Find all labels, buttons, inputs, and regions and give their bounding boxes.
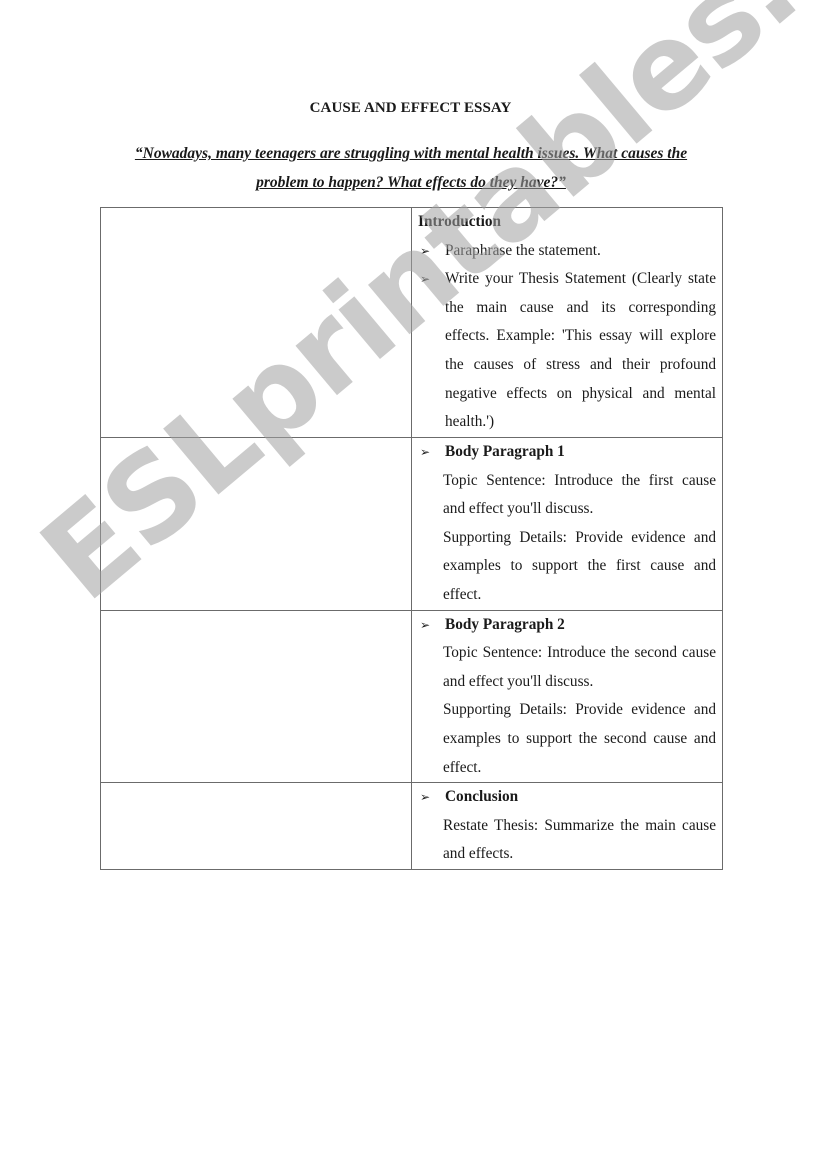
list-item: ➢ Paraphrase the statement. xyxy=(418,237,716,266)
table-row-body-paragraph-2: ➢ Body Paragraph 2 Topic Sentence: Intro… xyxy=(101,610,723,783)
essay-prompt: “Nowadays, many teenagers are struggling… xyxy=(108,139,714,197)
list-item: ➢ Body Paragraph 1 xyxy=(418,438,716,467)
guide-text: Restate Thesis: Summarize the main cause… xyxy=(418,812,716,869)
guide-conclusion: ➢ Conclusion Restate Thesis: Summarize t… xyxy=(412,783,723,870)
writing-space-conclusion[interactable] xyxy=(101,783,412,870)
table-row-body-paragraph-1: ➢ Body Paragraph 1 Topic Sentence: Intro… xyxy=(101,438,723,611)
list-item: ➢ Body Paragraph 2 xyxy=(418,611,716,640)
section-heading: Conclusion xyxy=(445,783,716,812)
guide-text: Supporting Details: Provide evidence and… xyxy=(418,696,716,782)
bullet-text: Write your Thesis Statement (Clearly sta… xyxy=(445,265,716,437)
guide-body-1: ➢ Body Paragraph 1 Topic Sentence: Intro… xyxy=(412,438,723,611)
list-item: ➢ Conclusion xyxy=(418,783,716,812)
arrow-bullet-icon: ➢ xyxy=(418,237,445,266)
arrow-bullet-icon: ➢ xyxy=(418,783,445,812)
guide-text: Topic Sentence: Introduce the first caus… xyxy=(418,467,716,524)
writing-space-body-1[interactable] xyxy=(101,438,412,611)
writing-space-introduction[interactable] xyxy=(101,208,412,438)
section-heading: Body Paragraph 1 xyxy=(445,438,716,467)
essay-outline-table: Introduction ➢ Paraphrase the statement.… xyxy=(100,207,723,870)
bullet-text: Paraphrase the statement. xyxy=(445,237,716,266)
writing-space-body-2[interactable] xyxy=(101,610,412,783)
guide-introduction: Introduction ➢ Paraphrase the statement.… xyxy=(412,208,723,438)
section-heading: Introduction xyxy=(418,208,716,237)
table-row-introduction: Introduction ➢ Paraphrase the statement.… xyxy=(101,208,723,438)
arrow-bullet-icon: ➢ xyxy=(418,438,445,467)
list-item: ➢ Write your Thesis Statement (Clearly s… xyxy=(418,265,716,437)
arrow-bullet-icon: ➢ xyxy=(418,265,445,437)
guide-body-2: ➢ Body Paragraph 2 Topic Sentence: Intro… xyxy=(412,610,723,783)
section-heading: Body Paragraph 2 xyxy=(445,611,716,640)
guide-text: Supporting Details: Provide evidence and… xyxy=(418,524,716,610)
guide-text: Topic Sentence: Introduce the second cau… xyxy=(418,639,716,696)
document-title: CAUSE AND EFFECT ESSAY xyxy=(0,100,821,117)
table-row-conclusion: ➢ Conclusion Restate Thesis: Summarize t… xyxy=(101,783,723,870)
arrow-bullet-icon: ➢ xyxy=(418,611,445,640)
